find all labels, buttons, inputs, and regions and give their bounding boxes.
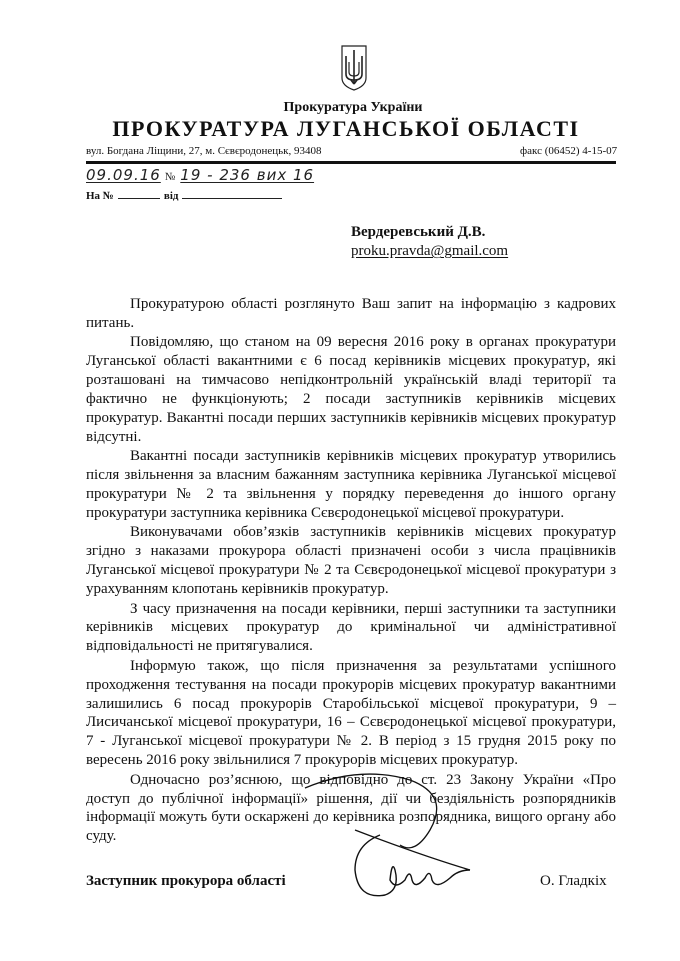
signatory-name: О. Гладкіх — [540, 873, 607, 890]
recipient-block: Вердеревський Д.В. proku.pravda@gmail.co… — [351, 223, 508, 261]
organization-address: вул. Богдана Ліщини, 27, м. Сєвєродонець… — [86, 145, 321, 157]
body-paragraph: Вакантні посади заступників керівників м… — [86, 447, 616, 523]
signatory-title: Заступник прокурора області — [86, 873, 286, 890]
body-paragraph: Прокуратурою області розглянуто Ваш запи… — [86, 295, 616, 333]
body-paragraph: Виконувачами обов’язків заступників кері… — [86, 523, 616, 599]
recipient-email: proku.pravda@gmail.com — [351, 242, 508, 261]
registration-number: 19 - 236 вих 16 — [180, 166, 314, 184]
body-paragraph: Інформую також, що після призначення за … — [86, 657, 616, 770]
parent-organization: Прокуратура України — [0, 100, 680, 116]
recipient-name: Вердеревський Д.В. — [351, 223, 508, 242]
ref-number-blank — [118, 189, 160, 199]
number-sign: № — [165, 171, 177, 183]
trident-emblem-icon — [340, 44, 368, 92]
ref-number-label: На № — [86, 190, 114, 202]
registration-line: 09.09.16№19 - 236 вих 16 — [86, 166, 314, 184]
organization-fax: факс (06452) 4-15-07 — [520, 145, 617, 157]
body-paragraph: Повідомляю, що станом на 09 вересня 2016… — [86, 333, 616, 446]
ref-date-blank — [182, 189, 282, 199]
organization-name: ПРОКУРАТУРА ЛУГАНСЬКОЇ ОБЛАСТІ — [0, 116, 680, 142]
ref-from-label: від — [164, 190, 179, 202]
body-paragraph: З часу призначення на посади керівники, … — [86, 600, 616, 657]
reference-line: На №від — [86, 189, 282, 202]
registration-date: 09.09.16 — [86, 166, 161, 184]
handwritten-signature-icon — [300, 760, 560, 910]
letter-page: Прокуратура України ПРОКУРАТУРА ЛУГАНСЬК… — [0, 0, 680, 961]
header-divider — [86, 161, 616, 164]
